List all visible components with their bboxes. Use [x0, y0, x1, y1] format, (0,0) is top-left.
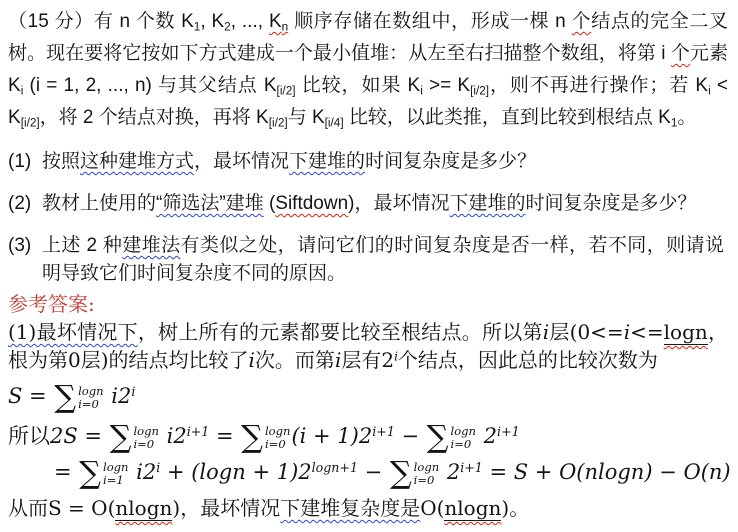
- text-run: 上述 2 种: [42, 235, 122, 256]
- text-run: [i/2]: [269, 116, 288, 129]
- text-run: i2: [160, 424, 187, 448]
- text-run: =: [209, 424, 240, 448]
- text-run: −: [395, 424, 426, 448]
- text-run: 所以: [8, 424, 50, 448]
- sum-symbol: ∑logni=0: [54, 384, 103, 411]
- text-run: 与 K: [288, 107, 325, 128]
- text-run: 这种建堆方式: [80, 151, 194, 172]
- text-run: 比较，以此类推，直到比较到根结点 K: [344, 107, 671, 128]
- text-run: i2: [130, 460, 157, 484]
- sum-symbol: ∑logni=0: [390, 460, 439, 487]
- text-run: ，将 2 个结点对换，再将 K: [40, 107, 269, 128]
- text-run: S =: [8, 384, 53, 408]
- text-run: 顺序存储在数组中，形成一棵 n: [288, 11, 571, 32]
- text-run: nlogn: [444, 496, 501, 521]
- sum-symbol: ∑logni=0: [110, 424, 159, 451]
- text-run: [i/2]: [21, 116, 40, 129]
- answer-heading: 参考答案:: [8, 292, 728, 316]
- sum-symbol: ∑logni=0: [241, 424, 290, 451]
- text-run: ，树上所有的元素都要比较至根结点。所以第: [138, 320, 543, 344]
- text-run: >= K: [423, 75, 470, 96]
- text-run: [i/2]: [470, 84, 489, 97]
- question-item-2: (2) 教材上使用的“筛选法”建堆 (Siftdown)，最坏情况下建堆的时间复…: [8, 190, 728, 218]
- sum-symbol: ∑logni=1: [79, 460, 128, 487]
- text-run: 2: [477, 424, 497, 448]
- text-run: [i/4]: [325, 116, 344, 129]
- text-run: 从而S = O(: [8, 496, 115, 520]
- formula-line-1: S = ∑logni=0 i2i: [8, 378, 728, 414]
- item-text: 上述 2 种建堆法有类似之处，请问它们的时间复杂度是否一样，若不同，则请说明导致…: [42, 232, 728, 288]
- text-run: 个: [572, 11, 592, 32]
- text-run: )，最坏情况: [172, 496, 280, 520]
- text-run: i+1: [497, 424, 520, 439]
- text-run: , ...,: [231, 11, 269, 32]
- text-run: O(: [420, 496, 444, 520]
- text-run: (: [264, 193, 276, 214]
- answer-section: 参考答案: (1)最坏情况下，树上所有的元素都要比较至根结点。所以第i层(0<=…: [8, 292, 728, 522]
- text-run: 时间复杂度是多少？: [526, 193, 697, 214]
- text-run: i+1: [460, 460, 483, 475]
- question-intro-paragraph: （15 分）有 n 个数 K1, K2, ..., Kn 顺序存储在数组中，形成…: [8, 6, 728, 134]
- text-run: 。: [677, 107, 696, 128]
- text-run: 下建堆的: [449, 193, 525, 214]
- text-run: ，最坏情况: [194, 151, 289, 172]
- formula-line-3: = ∑logni=1 i2i + (logn + 1)2logn+1 − ∑lo…: [54, 454, 728, 490]
- text-run: （15 分）有 n 个数 K: [8, 11, 194, 32]
- answer-paragraph: (1)最坏情况下，树上所有的元素都要比较至根结点。所以第i层(0<=i<=log…: [8, 318, 728, 374]
- text-run: 按照: [42, 151, 80, 172]
- question-item-1: (1) 按照这种建堆方式，最坏情况下建堆的时间复杂度是多少？: [8, 148, 728, 176]
- text-run: Kn: [269, 11, 288, 32]
- item-text: 教材上使用的“筛选法”建堆 (Siftdown)，最坏情况下建堆的时间复杂度是多…: [42, 190, 728, 218]
- text-run: i+1: [372, 424, 395, 439]
- text-run: nlogn: [115, 496, 172, 521]
- text-run: “筛选法”建堆: [156, 193, 264, 214]
- text-run: 次。而第: [255, 348, 335, 372]
- text-run: ，则不再进行操作；若 K: [489, 75, 708, 96]
- text-run: 2: [440, 460, 460, 484]
- text-run: =: [54, 460, 78, 484]
- text-run: 比较，如果 K: [296, 75, 421, 96]
- text-run: 个结点，因此总的比较次数为: [398, 348, 658, 372]
- text-run: logn: [664, 320, 708, 345]
- conclusion-line: 从而S = O(nlogn)，最坏情况下建堆复杂度是O(nlogn)。: [8, 494, 728, 522]
- text-run: (i + 1)2: [291, 424, 372, 448]
- text-run: + (logn + 1)2: [160, 460, 311, 484]
- text-run: 2S =: [50, 424, 109, 448]
- text-run: 时间复杂度是多少？: [365, 151, 536, 172]
- text-run: <=: [630, 320, 664, 344]
- text-run: 建堆法: [122, 235, 180, 256]
- question-section: （15 分）有 n 个数 K1, K2, ..., Kn 顺序存储在数组中，形成…: [8, 6, 728, 288]
- question-item-3: (3) 上述 2 种建堆法有类似之处，请问它们的时间复杂度是否一样，若不同，则请…: [8, 232, 728, 288]
- text-run: (1)最坏情况下: [8, 320, 138, 344]
- text-run: )。: [501, 496, 529, 520]
- sum-symbol: ∑logni=0: [427, 424, 476, 451]
- text-run: , K: [200, 11, 224, 32]
- text-run: )，最坏情况: [348, 193, 449, 214]
- text-run: 层有2: [341, 348, 394, 372]
- document-page: （15 分）有 n 个数 K1, K2, ..., Kn 顺序存储在数组中，形成…: [0, 0, 738, 522]
- formula-line-2: 所以2S = ∑logni=0 i2i+1 = ∑logni=0(i + 1)2…: [8, 418, 728, 454]
- item-number: (1): [8, 148, 42, 176]
- text-run: Siftdown: [275, 193, 348, 214]
- item-number: (2): [8, 190, 42, 218]
- text-run: 个: [671, 43, 690, 64]
- text-run: [i/2]: [277, 84, 296, 97]
- text-run: K: [269, 11, 282, 32]
- text-run: −: [358, 460, 389, 484]
- text-run: i: [131, 384, 135, 399]
- text-run: 下建堆的: [289, 151, 365, 172]
- text-run: = S + O(nlogn) − O(n): [483, 460, 731, 484]
- text-run: logn+1: [312, 460, 358, 475]
- text-run: (i = 1, 2, ..., n) 与其父结点 K: [23, 75, 276, 96]
- text-run: 教材上使用的: [42, 193, 156, 214]
- item-number: (3): [8, 232, 42, 288]
- text-run: i+1: [187, 424, 210, 439]
- text-run: 层(0<=: [549, 320, 624, 344]
- item-text: 按照这种建堆方式，最坏情况下建堆的时间复杂度是多少？: [42, 148, 728, 176]
- text-run: 下建堆复杂度是: [280, 496, 420, 520]
- text-run: i2: [105, 384, 132, 408]
